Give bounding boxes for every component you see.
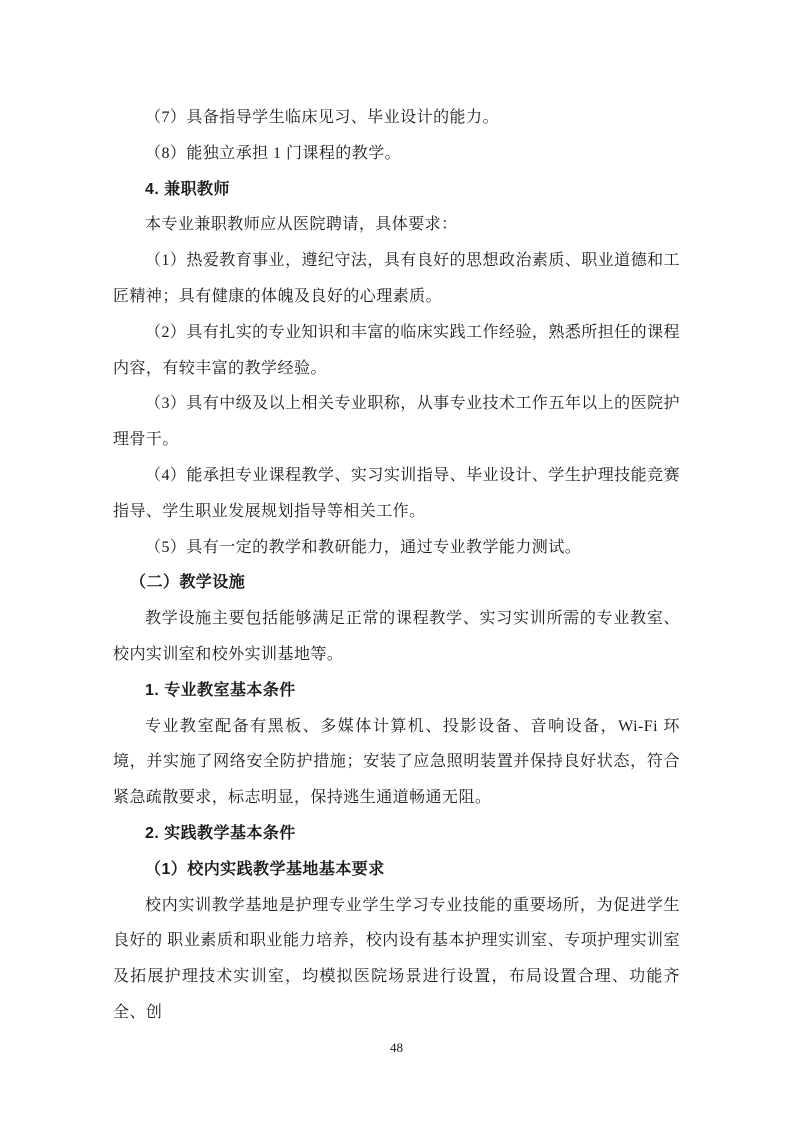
paragraph: （7）具备指导学生临床见习、毕业设计的能力。 — [113, 100, 680, 136]
paragraph: 校内实训教学基地是护理专业学生学习专业技能的重要场所，为促进学生良好的 职业素质… — [113, 888, 680, 1031]
paragraph: （2）具有扎实的专业知识和丰富的临床实践工作经验，熟悉所担任的课程内容，有较丰富… — [113, 315, 680, 387]
paragraph: 本专业兼职教师应从医院聘请，具体要求： — [113, 207, 680, 243]
page-footer: 48 — [0, 1038, 793, 1058]
document-page: （7）具备指导学生临床见习、毕业设计的能力。（8）能独立承担 1 门课程的教学。… — [0, 0, 793, 1122]
page-number: 48 — [390, 1040, 403, 1055]
document-body: （7）具备指导学生临床见习、毕业设计的能力。（8）能独立承担 1 门课程的教学。… — [113, 100, 680, 1031]
paragraph: （5）具有一定的教学和教研能力，通过专业教学能力测试。 — [113, 530, 680, 566]
heading: 1. 专业教室基本条件 — [113, 673, 680, 709]
paragraph: （8）能独立承担 1 门课程的教学。 — [113, 136, 680, 172]
paragraph: 专业教室配备有黑板、多媒体计算机、投影设备、音响设备，Wi-Fi 环境，并实施了… — [113, 709, 680, 816]
paragraph: 教学设施主要包括能够满足正常的课程教学、实习实训所需的专业教室、校内实训室和校外… — [113, 601, 680, 673]
heading: （1）校内实践教学基地基本要求 — [113, 852, 680, 888]
heading: 2. 实践教学基本条件 — [113, 816, 680, 852]
paragraph: （4）能承担专业课程教学、实习实训指导、毕业设计、学生护理技能竞赛指导、学生职业… — [113, 458, 680, 530]
paragraph: （3）具有中级及以上相关专业职称，从事专业技术工作五年以上的医院护理骨干。 — [113, 386, 680, 458]
paragraph: （1）热爱教育事业，遵纪守法，具有良好的思想政治素质、职业道德和工匠精神；具有健… — [113, 243, 680, 315]
heading: （二）教学设施 — [113, 565, 680, 601]
heading: 4. 兼职教师 — [113, 172, 680, 208]
